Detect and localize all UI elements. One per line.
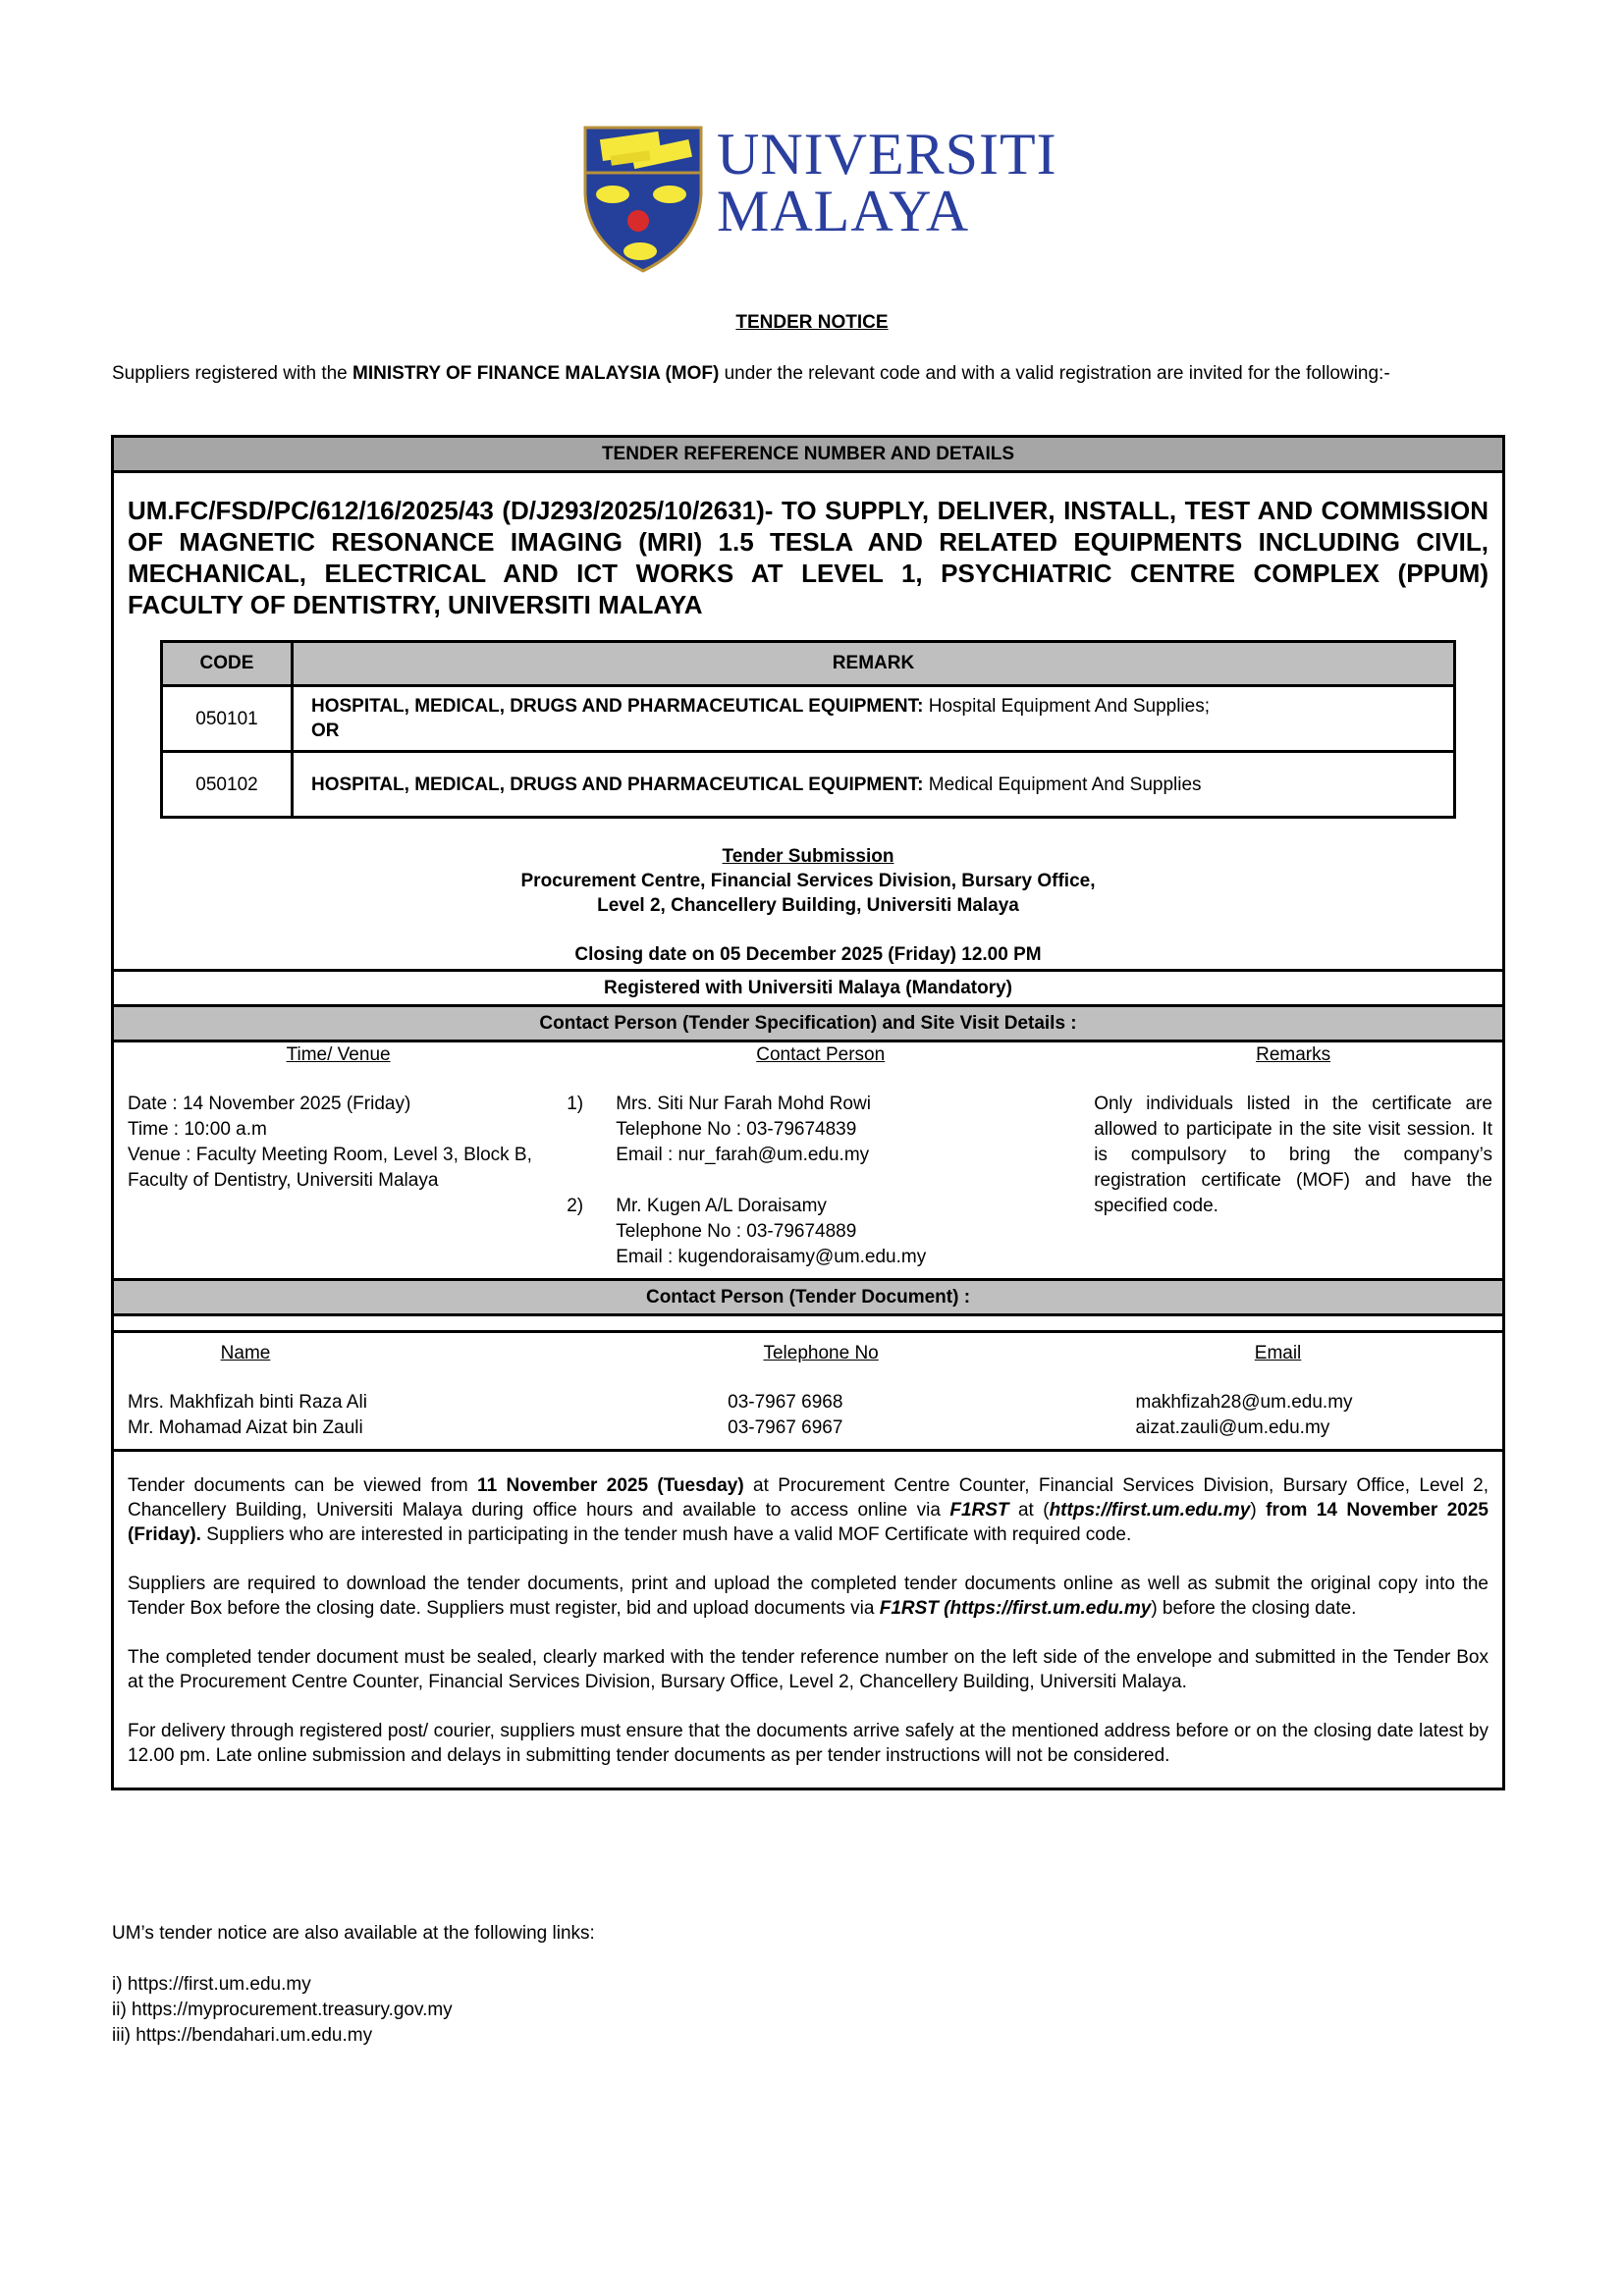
remarks-text: Only individuals listed in the certifica…	[1094, 1092, 1492, 1219]
doc-contact-name: Mrs. Makhfizah binti Raza Ali	[128, 1390, 728, 1415]
submission-heading: Tender Submission	[114, 844, 1502, 869]
link-myprocurement[interactable]: ii) https://myprocurement.treasury.gov.m…	[112, 1998, 595, 2023]
doc-contact-phone: 03-7967 6967	[728, 1415, 1135, 1441]
remark-cell: HOSPITAL, MEDICAL, DRUGS AND PHARMACEUTI…	[293, 752, 1455, 818]
tender-notes: Tender documents can be viewed from 11 N…	[114, 1452, 1502, 1788]
note-paragraph: For delivery through registered post/ co…	[128, 1719, 1489, 1768]
doc-col-phone: Telephone No	[737, 1341, 904, 1366]
contact-person: 2) Mr. Kugen A/L Doraisamy Telephone No …	[567, 1194, 1074, 1270]
remarks-heading: Remarks	[1094, 1042, 1492, 1068]
intro-paragraph: Suppliers registered with the MINISTRY O…	[112, 361, 1496, 387]
contact-name: Mrs. Siti Nur Farah Mohd Rowi	[616, 1092, 871, 1117]
table-row: 050101 HOSPITAL, MEDICAL, DRUGS AND PHAR…	[162, 686, 1455, 752]
doc-contact-phone: 03-7967 6968	[728, 1390, 1135, 1415]
f1rst-link[interactable]: F1RST	[949, 1500, 1008, 1521]
table-row: Mrs. Makhfizah binti Raza Ali 03-7967 69…	[128, 1390, 1489, 1415]
note-text: ) before the closing date.	[1151, 1598, 1356, 1619]
divider	[114, 1316, 1502, 1333]
note-text: Tender documents can be viewed from	[128, 1475, 477, 1496]
doc-contact-email[interactable]: aizat.zauli@um.edu.my	[1136, 1415, 1489, 1441]
wordmark-line-2: MALAYA	[717, 183, 1057, 240]
intro-text-end: under the relevant code and with a valid…	[719, 363, 1389, 384]
codes-header-remark: REMARK	[293, 642, 1455, 686]
site-visit-details: Time/ Venue Date : 14 November 2025 (Fri…	[114, 1042, 1502, 1278]
note-text: at (	[1009, 1500, 1050, 1521]
university-wordmark: UNIVERSITI MALAYA	[717, 126, 1057, 240]
doc-contacts-table: Name Telephone No Email Mrs. Makhfizah b…	[114, 1333, 1502, 1452]
tender-submission: Tender Submission Procurement Centre, Fi…	[114, 819, 1502, 967]
university-logo: UNIVERSITI MALAYA	[583, 126, 1074, 283]
site-visit-time: Time : 10:00 a.m	[128, 1117, 549, 1143]
doc-contact-email[interactable]: makhfizah28@um.edu.my	[1136, 1390, 1489, 1415]
tender-links: UM’s tender notice are also available at…	[112, 1921, 595, 2049]
note-paragraph: Tender documents can be viewed from 11 N…	[128, 1473, 1489, 1547]
tender-details-box: TENDER REFERENCE NUMBER AND DETAILS UM.F…	[111, 435, 1505, 1790]
remark-detail: Medical Equipment And Supplies	[923, 774, 1201, 795]
doc-col-name: Name	[128, 1341, 363, 1366]
contact-email[interactable]: Email : nur_farah@um.edu.my	[616, 1143, 871, 1168]
contact-phone: Telephone No : 03-79674889	[616, 1219, 926, 1245]
submission-address-1: Procurement Centre, Financial Services D…	[114, 869, 1502, 893]
contact-person-column: Contact Person 1) Mrs. Siti Nur Farah Mo…	[549, 1042, 1074, 1270]
codes-table: CODE REMARK 050101 HOSPITAL, MEDICAL, DR…	[160, 640, 1456, 819]
time-venue-column: Time/ Venue Date : 14 November 2025 (Fri…	[128, 1042, 549, 1270]
note-paragraph: The completed tender document must be se…	[128, 1645, 1489, 1694]
table-row: Mr. Mohamad Aizat bin Zauli 03-7967 6967…	[128, 1415, 1489, 1441]
contact-phone: Telephone No : 03-79674839	[616, 1117, 871, 1143]
code-cell: 050101	[162, 686, 293, 752]
university-crest-icon	[583, 126, 703, 273]
contact-person-heading: Contact Person	[567, 1042, 1074, 1068]
intro-mof: MINISTRY OF FINANCE MALAYSIA (MOF)	[352, 363, 719, 384]
contact-email[interactable]: Email : kugendoraisamy@um.edu.my	[616, 1245, 926, 1270]
contact-person: 1) Mrs. Siti Nur Farah Mohd Rowi Telepho…	[567, 1092, 1074, 1168]
table-row: 050102 HOSPITAL, MEDICAL, DRUGS AND PHAR…	[162, 752, 1455, 818]
remark-category: HOSPITAL, MEDICAL, DRUGS AND PHARMACEUTI…	[311, 696, 923, 717]
closing-date: Closing date on 05 December 2025 (Friday…	[114, 942, 1502, 967]
wordmark-line-1: UNIVERSITI	[717, 126, 1057, 183]
site-visit-header: Contact Person (Tender Specification) an…	[114, 1007, 1502, 1042]
doc-contact-header: Contact Person (Tender Document) :	[114, 1278, 1502, 1316]
note-paragraph: Suppliers are required to download the t…	[128, 1572, 1489, 1621]
doc-col-email: Email	[1175, 1341, 1381, 1366]
registration-requirement: Registered with Universiti Malaya (Manda…	[114, 969, 1502, 1007]
remarks-column: Remarks Only individuals listed in the c…	[1074, 1042, 1492, 1270]
note-date: 11 November 2025 (Tuesday)	[477, 1475, 744, 1496]
site-visit-date: Date : 14 November 2025 (Friday)	[128, 1092, 549, 1117]
time-venue-heading: Time/ Venue	[128, 1042, 549, 1068]
contact-name: Mr. Kugen A/L Doraisamy	[616, 1194, 926, 1219]
page-title: TENDER NOTICE	[0, 312, 1624, 334]
doc-contact-name: Mr. Mohamad Aizat bin Zauli	[128, 1415, 728, 1441]
site-visit-venue: Venue : Faculty Meeting Room, Level 3, B…	[128, 1143, 549, 1194]
remark-cell: HOSPITAL, MEDICAL, DRUGS AND PHARMACEUTI…	[293, 686, 1455, 752]
note-text: Suppliers who are interested in particip…	[201, 1524, 1131, 1545]
details-header: TENDER REFERENCE NUMBER AND DETAILS	[114, 438, 1502, 473]
tender-reference: UM.FC/FSD/PC/612/16/2025/43 (D/J293/2025…	[114, 473, 1502, 620]
doc-contacts-header-row: Name Telephone No Email	[128, 1341, 1489, 1366]
link-first[interactable]: i) https://first.um.edu.my	[112, 1972, 595, 1998]
contact-number: 1)	[567, 1092, 616, 1168]
code-cell: 050102	[162, 752, 293, 818]
remark-detail: Hospital Equipment And Supplies;	[923, 696, 1210, 717]
codes-header-code: CODE	[162, 642, 293, 686]
intro-text: Suppliers registered with the	[112, 363, 352, 384]
note-text: )	[1250, 1500, 1266, 1521]
remark-suffix: OR	[311, 721, 340, 741]
first-url-link[interactable]: F1RST (https://first.um.edu.my	[880, 1598, 1152, 1619]
remark-category: HOSPITAL, MEDICAL, DRUGS AND PHARMACEUTI…	[311, 774, 923, 795]
first-url-link[interactable]: https://first.um.edu.my	[1050, 1500, 1251, 1521]
links-intro: UM’s tender notice are also available at…	[112, 1921, 595, 1947]
submission-address-2: Level 2, Chancellery Building, Universit…	[114, 893, 1502, 918]
link-bendahari[interactable]: iii) https://bendahari.um.edu.my	[112, 2023, 595, 2049]
contact-number: 2)	[567, 1194, 616, 1270]
